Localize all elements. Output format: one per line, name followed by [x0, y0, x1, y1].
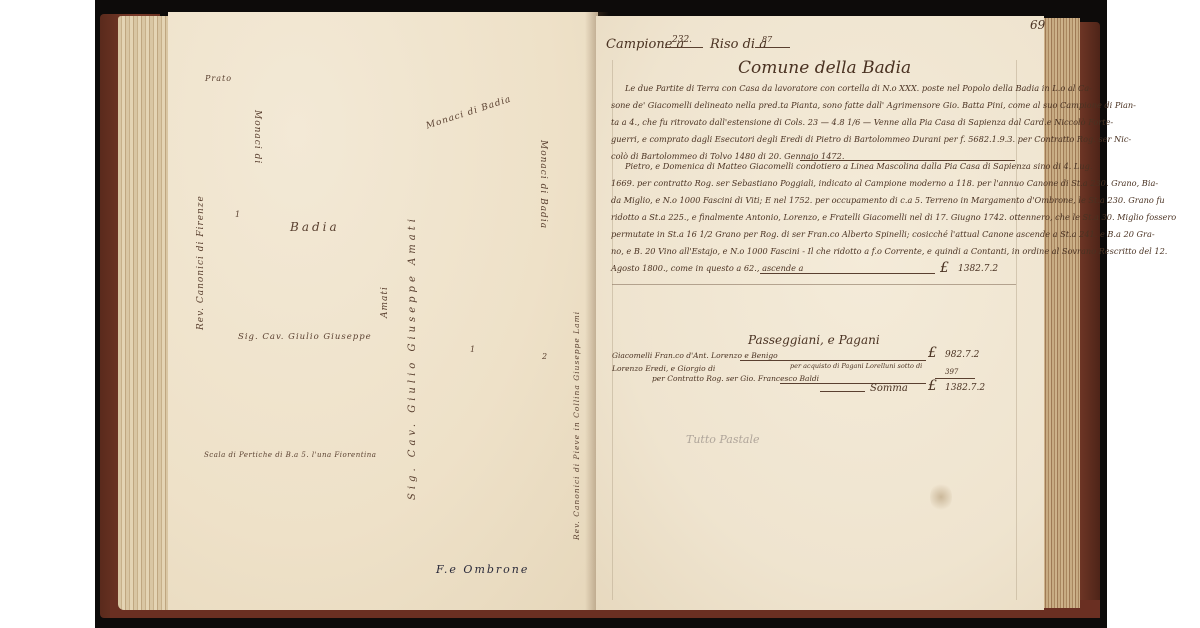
sum-label: Somma [870, 383, 908, 394]
campione-value: 232. [672, 35, 692, 45]
line-filler [820, 391, 865, 392]
underline [755, 47, 790, 48]
text-line: guerri, e comprato dagli Esecutori degli… [611, 135, 1131, 143]
text-line: Le due Partite di Terra con Casa da lavo… [625, 84, 1092, 92]
riso-value: 87 [762, 35, 772, 44]
book-photograph: Prato 1 Monaci di Badia Rev. Canonici di… [0, 0, 1200, 628]
text-line: ridotto a St.a 225., e finalmente Antoni… [611, 213, 1176, 221]
paragraph-2-total: 1382.7.2 [958, 264, 998, 274]
text-line: da Miglio, e N.o 1000 Fascini di Viti; E… [611, 196, 1165, 204]
text-line: Agosto 1800., come in questo a 62., asce… [611, 264, 803, 272]
badia-label: Badia [290, 220, 340, 234]
text-line: ta a 4., che fu ritrovato dall'estension… [611, 118, 1113, 126]
monaci-badia-right-label: Monaci di Badia [538, 140, 548, 229]
giulio-label: Sig. Cav. Giulio Giuseppe [238, 332, 372, 342]
riso-label: Riso di a [710, 37, 767, 52]
line-filler [740, 360, 926, 361]
owner-amount: 397 [945, 368, 958, 376]
page-number: 69 [1030, 18, 1045, 32]
lira-symbol: £ [928, 378, 937, 394]
lira-symbol: £ [940, 260, 949, 276]
parcel-number-1: 1 [470, 345, 476, 354]
section-divider [612, 284, 1016, 285]
sum-amount: 1382.7.2 [945, 383, 985, 393]
paper-stain [930, 482, 952, 512]
amati-left-label: Sig. Cav. Giulio Giuseppe Amati [407, 215, 418, 500]
owner-row: Lorenzo Eredi, e Giorgio di [612, 365, 715, 373]
canonici-label: Rev. Canonici di Firenze [196, 195, 206, 330]
canonici-right-label: Rev. Canonici di Pieve in Collina Giusep… [572, 311, 581, 540]
text-line: Pietro, e Domenica di Matteo Giacomelli … [625, 162, 1092, 170]
owner-row: Giacomelli Fran.co d'Ant. Lorenzo e Beni… [612, 352, 778, 360]
monaci-label: Monaci di [252, 110, 262, 164]
amati-label: Amati [380, 286, 390, 318]
owner-amount: 982.7.2 [945, 350, 979, 360]
scale-caption: Scala di Pertiche di B.a 5. l'una Fioren… [204, 451, 376, 459]
text-line: permutate in St.a 16 1/2 Grano per Rog. … [611, 230, 1155, 238]
underline [665, 47, 703, 48]
text-line: colò di Bartolommeo di Tolvo 1480 di 20.… [611, 152, 844, 160]
owner-row: per Contratto Rog. ser Gio. Francesco Ba… [652, 375, 819, 383]
page-title: Comune della Badia [738, 58, 911, 78]
sum-rule [935, 378, 975, 379]
pencil-note: Tutto Pastale [686, 433, 760, 446]
river-label: F.e Ombrone [436, 563, 529, 576]
line-filler [760, 273, 935, 274]
parcel-number-2: 2 [542, 352, 548, 361]
text-line: no, e B. 20 Vino all'Estajo, e N.o 1000 … [611, 247, 1167, 255]
text-line: sone de' Giacomelli delineato nella pred… [611, 101, 1136, 109]
section-title: Passeggiani, e Pagani [748, 333, 880, 347]
prato-label: Prato [205, 74, 232, 83]
text-line: 1669. per contratto Rog. ser Sebastiano … [611, 179, 1158, 187]
parcel-number-1: 1 [235, 210, 241, 219]
page-stack-left [118, 16, 174, 610]
owner-note: per acquisto di Pagani Lorelluni sotto d… [790, 363, 922, 370]
lira-symbol: £ [928, 345, 937, 361]
